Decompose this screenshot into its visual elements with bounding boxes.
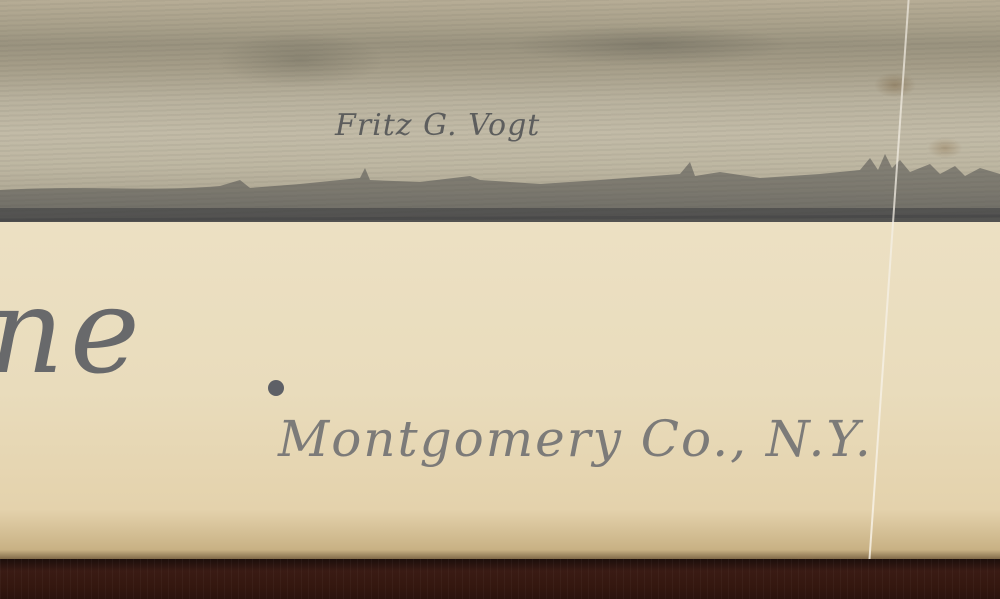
title-fragment: ne — [0, 262, 146, 400]
location-inscription: Montgomery Co., N.Y. — [278, 410, 873, 468]
pencil-landscape-drawing: Fritz G. Vogt — [0, 0, 1000, 222]
wooden-frame-edge — [0, 559, 1000, 599]
paper-mat — [0, 222, 1000, 560]
framed-drawing-photo: Fritz G. Vogt ne Montgomery Co., N.Y. — [0, 0, 1000, 599]
artist-signature: Fritz G. Vogt — [335, 108, 540, 143]
treeline — [0, 150, 1000, 222]
title-period — [268, 380, 284, 396]
